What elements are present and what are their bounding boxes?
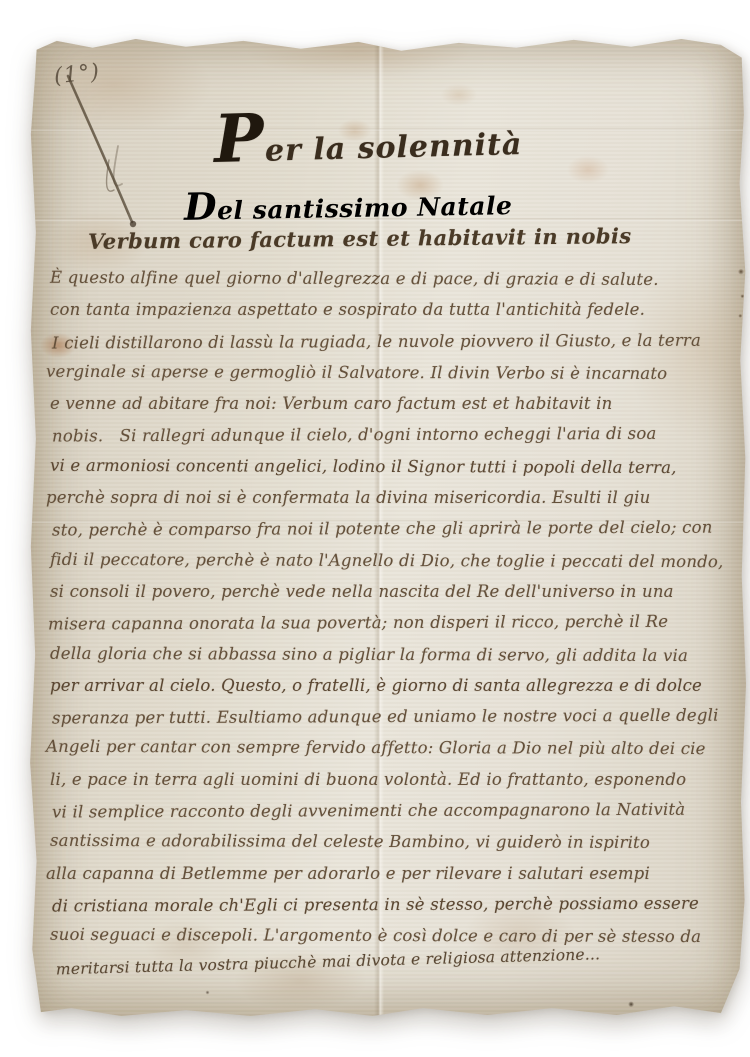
manuscript-line: misera capanna onorata la sua povertà; n…	[48, 606, 734, 640]
page-number-mark: (1°)	[53, 60, 102, 90]
manuscript-line: si consoli il povero, perchè vede nella …	[50, 576, 732, 607]
manuscript-page: (1°) Per la solennità Del santissimo Nat…	[28, 36, 746, 1018]
document-title: Per la solennità	[213, 92, 523, 178]
manuscript-line: nobis. Si rallegri adunque il cielo, d'o…	[52, 418, 734, 452]
manuscript-line: Angeli per cantar con sempre fervido aff…	[46, 731, 732, 765]
manuscript-line: della gloria che si abbassa sino a pigli…	[50, 637, 732, 671]
manuscript-photograph: (1°) Per la solennità Del santissimo Nat…	[0, 0, 750, 1057]
manuscript-line: di cristiana morale ch'Egli ci presenta …	[52, 887, 734, 921]
manuscript-line: speranza per tutti. Esultiamo adunque ed…	[52, 700, 734, 734]
manuscript-line: e venne ad abitare fra noi: Verbum caro …	[50, 388, 732, 419]
manuscript-line: verginale si aperse e germogliò il Salva…	[46, 356, 732, 390]
manuscript-line: fidi il peccatore, perchè è nato l'Agnel…	[50, 543, 732, 577]
manuscript-line: li, e pace in terra agli uomini di buona…	[50, 764, 732, 795]
latin-epigraph: Verbum caro factum est et habitavit in n…	[88, 223, 632, 254]
manuscript-line: È questo alfine quel giorno d'allegrezza…	[50, 262, 732, 296]
manuscript-line: per arrivar al cielo. Questo, o fratelli…	[50, 670, 732, 701]
manuscript-line: perchè sopra di noi si è confermata la d…	[46, 482, 732, 513]
body-text: È questo alfine quel giorno d'allegrezza…	[50, 263, 732, 983]
document-subtitle: Del santissimo Natale	[184, 179, 513, 229]
manuscript-line: sto, perchè è comparso fra noi il potent…	[52, 512, 734, 546]
manuscript-line: vi il semplice racconto degli avveniment…	[52, 794, 734, 828]
paper-shadow-wrapper: (1°) Per la solennità Del santissimo Nat…	[0, 0, 750, 1057]
manuscript-line: vi e armoniosi concenti angelici, lodino…	[50, 450, 732, 484]
manuscript-line: I cieli distillarono di lassù la rugiada…	[52, 324, 734, 358]
manuscript-line: alla capanna di Betlemme per adorarlo e …	[46, 858, 732, 889]
manuscript-line: santissima e adorabilissima del celeste …	[50, 825, 732, 859]
manuscript-line: con tanta impazienza aspettato e sospira…	[50, 294, 732, 325]
